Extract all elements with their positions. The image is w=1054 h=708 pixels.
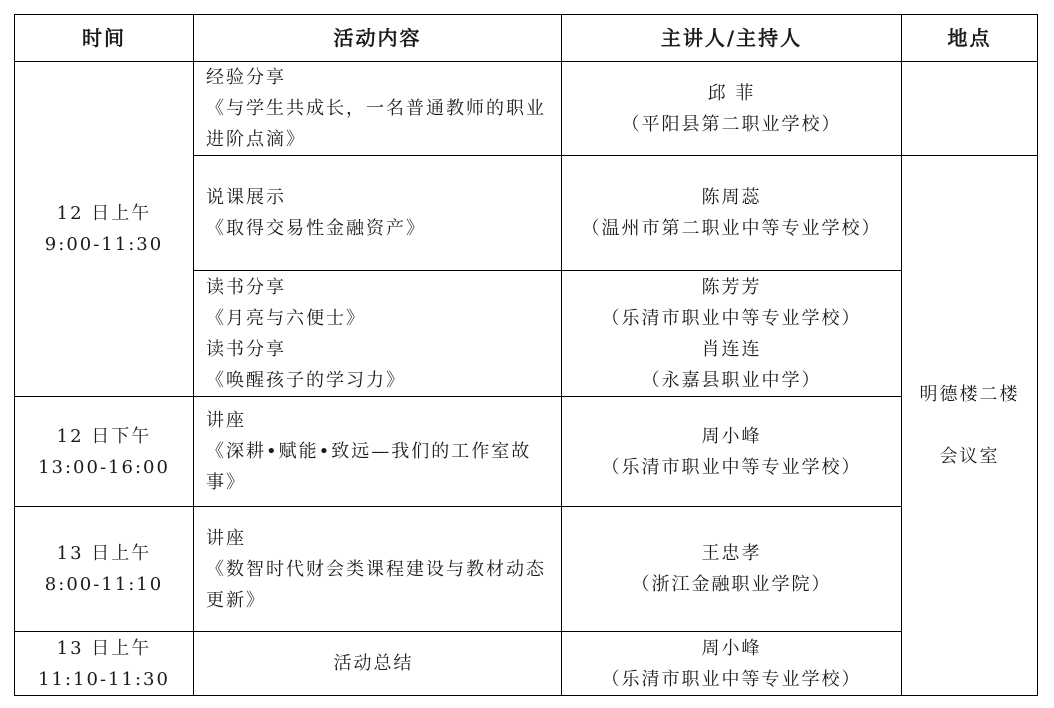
time-range: 8:00-11:10: [15, 569, 193, 600]
speaker-org: （浙江金融职业学院）: [562, 569, 901, 600]
table-row: 13 日上午 8:00-11:10 讲座 《数智时代财会类课程建设与教材动态更新…: [15, 507, 1038, 632]
speaker-name: 陈周蕊: [562, 182, 901, 213]
header-row: 时间 活动内容 主讲人/主持人 地点: [15, 15, 1038, 62]
speaker-name: 邱 菲: [562, 78, 901, 109]
table-row: 13 日上午 11:10-11:30 活动总结 周小峰 （乐清市职业中等专业学校…: [15, 632, 1038, 696]
activity-cell: 讲座 《数智时代财会类课程建设与教材动态更新》: [194, 507, 562, 632]
activity-type: 读书分享: [206, 334, 553, 365]
activity-title: 《取得交易性金融资产》: [206, 213, 553, 244]
speaker-name: 肖连连: [562, 334, 901, 365]
time-cell: 13 日上午 8:00-11:10: [15, 507, 194, 632]
activity-title: 《唤醒孩子的学习力》: [206, 365, 553, 396]
location-room: 会议室: [902, 441, 1037, 472]
activity-title: 活动总结: [194, 648, 553, 679]
activity-schedule-table: 时间 活动内容 主讲人/主持人 地点 12 日上午 9:00-11:30 经验分…: [14, 14, 1038, 696]
time-cell: 13 日上午 11:10-11:30: [15, 632, 194, 696]
speaker-org: （永嘉县职业中学）: [562, 365, 901, 396]
time-day: 12 日上午: [15, 198, 193, 229]
activity-type: 讲座: [206, 523, 553, 554]
location-cell-empty: [902, 62, 1038, 156]
table-row: 12 日下午 13:00-16:00 讲座 《深耕•赋能•致远—我们的工作室故事…: [15, 397, 1038, 507]
speaker-name: 王忠孝: [562, 538, 901, 569]
header-location: 地点: [902, 15, 1038, 62]
speaker-org: （乐清市职业中等专业学校）: [562, 664, 901, 695]
activity-cell: 活动总结: [194, 632, 562, 696]
activity-title: 《月亮与六便士》: [206, 303, 553, 334]
speaker-cell: 王忠孝 （浙江金融职业学院）: [562, 507, 902, 632]
speaker-org: （乐清市职业中等专业学校）: [562, 303, 901, 334]
time-range: 9:00-11:30: [15, 229, 193, 260]
time-day: 12 日下午: [15, 421, 193, 452]
time-day: 13 日上午: [15, 538, 193, 569]
header-speaker: 主讲人/主持人: [562, 15, 902, 62]
activity-type: 说课展示: [206, 182, 553, 213]
speaker-name: 周小峰: [562, 421, 901, 452]
speaker-name: 周小峰: [562, 633, 901, 664]
speaker-org: （乐清市职业中等专业学校）: [562, 452, 901, 483]
activity-title: 《与学生共成长，一名普通教师的职业进阶点滴》: [206, 98, 546, 150]
table-row: 12 日上午 9:00-11:30 经验分享 《与学生共成长，一名普通教师的职业…: [15, 62, 1038, 156]
activity-title: 《数智时代财会类课程建设与教材动态更新》: [206, 559, 546, 611]
activity-cell: 讲座 《深耕•赋能•致远—我们的工作室故事》: [194, 397, 562, 507]
header-time: 时间: [15, 15, 194, 62]
speaker-cell: 周小峰 （乐清市职业中等专业学校）: [562, 632, 902, 696]
time-range: 13:00-16:00: [15, 452, 193, 483]
time-cell: 12 日下午 13:00-16:00: [15, 397, 194, 507]
speaker-name: 陈芳芳: [562, 272, 901, 303]
activity-type: 讲座: [206, 405, 553, 436]
time-day: 13 日上午: [15, 633, 193, 664]
activity-cell: 说课展示 《取得交易性金融资产》: [194, 156, 562, 271]
activity-type: 经验分享: [206, 62, 553, 93]
activity-cell: 读书分享 《月亮与六便士》 读书分享 《唤醒孩子的学习力》: [194, 271, 562, 397]
activity-type: 读书分享: [206, 272, 553, 303]
speaker-org: （温州市第二职业中等专业学校）: [562, 213, 901, 244]
location-building: 明德楼二楼: [902, 379, 1037, 410]
speaker-cell: 周小峰 （乐清市职业中等专业学校）: [562, 397, 902, 507]
speaker-cell: 陈芳芳 （乐清市职业中等专业学校） 肖连连 （永嘉县职业中学）: [562, 271, 902, 397]
time-range: 11:10-11:30: [15, 664, 193, 695]
speaker-cell: 邱 菲 （平阳县第二职业学校）: [562, 62, 902, 156]
speaker-cell: 陈周蕊 （温州市第二职业中等专业学校）: [562, 156, 902, 271]
activity-cell: 经验分享 《与学生共成长，一名普通教师的职业进阶点滴》: [194, 62, 562, 156]
activity-title: 《深耕•赋能•致远—我们的工作室故事》: [206, 441, 531, 493]
location-cell: 明德楼二楼 会议室: [902, 156, 1038, 696]
time-cell: 12 日上午 9:00-11:30: [15, 62, 194, 397]
speaker-org: （平阳县第二职业学校）: [562, 109, 901, 140]
header-activity: 活动内容: [194, 15, 562, 62]
